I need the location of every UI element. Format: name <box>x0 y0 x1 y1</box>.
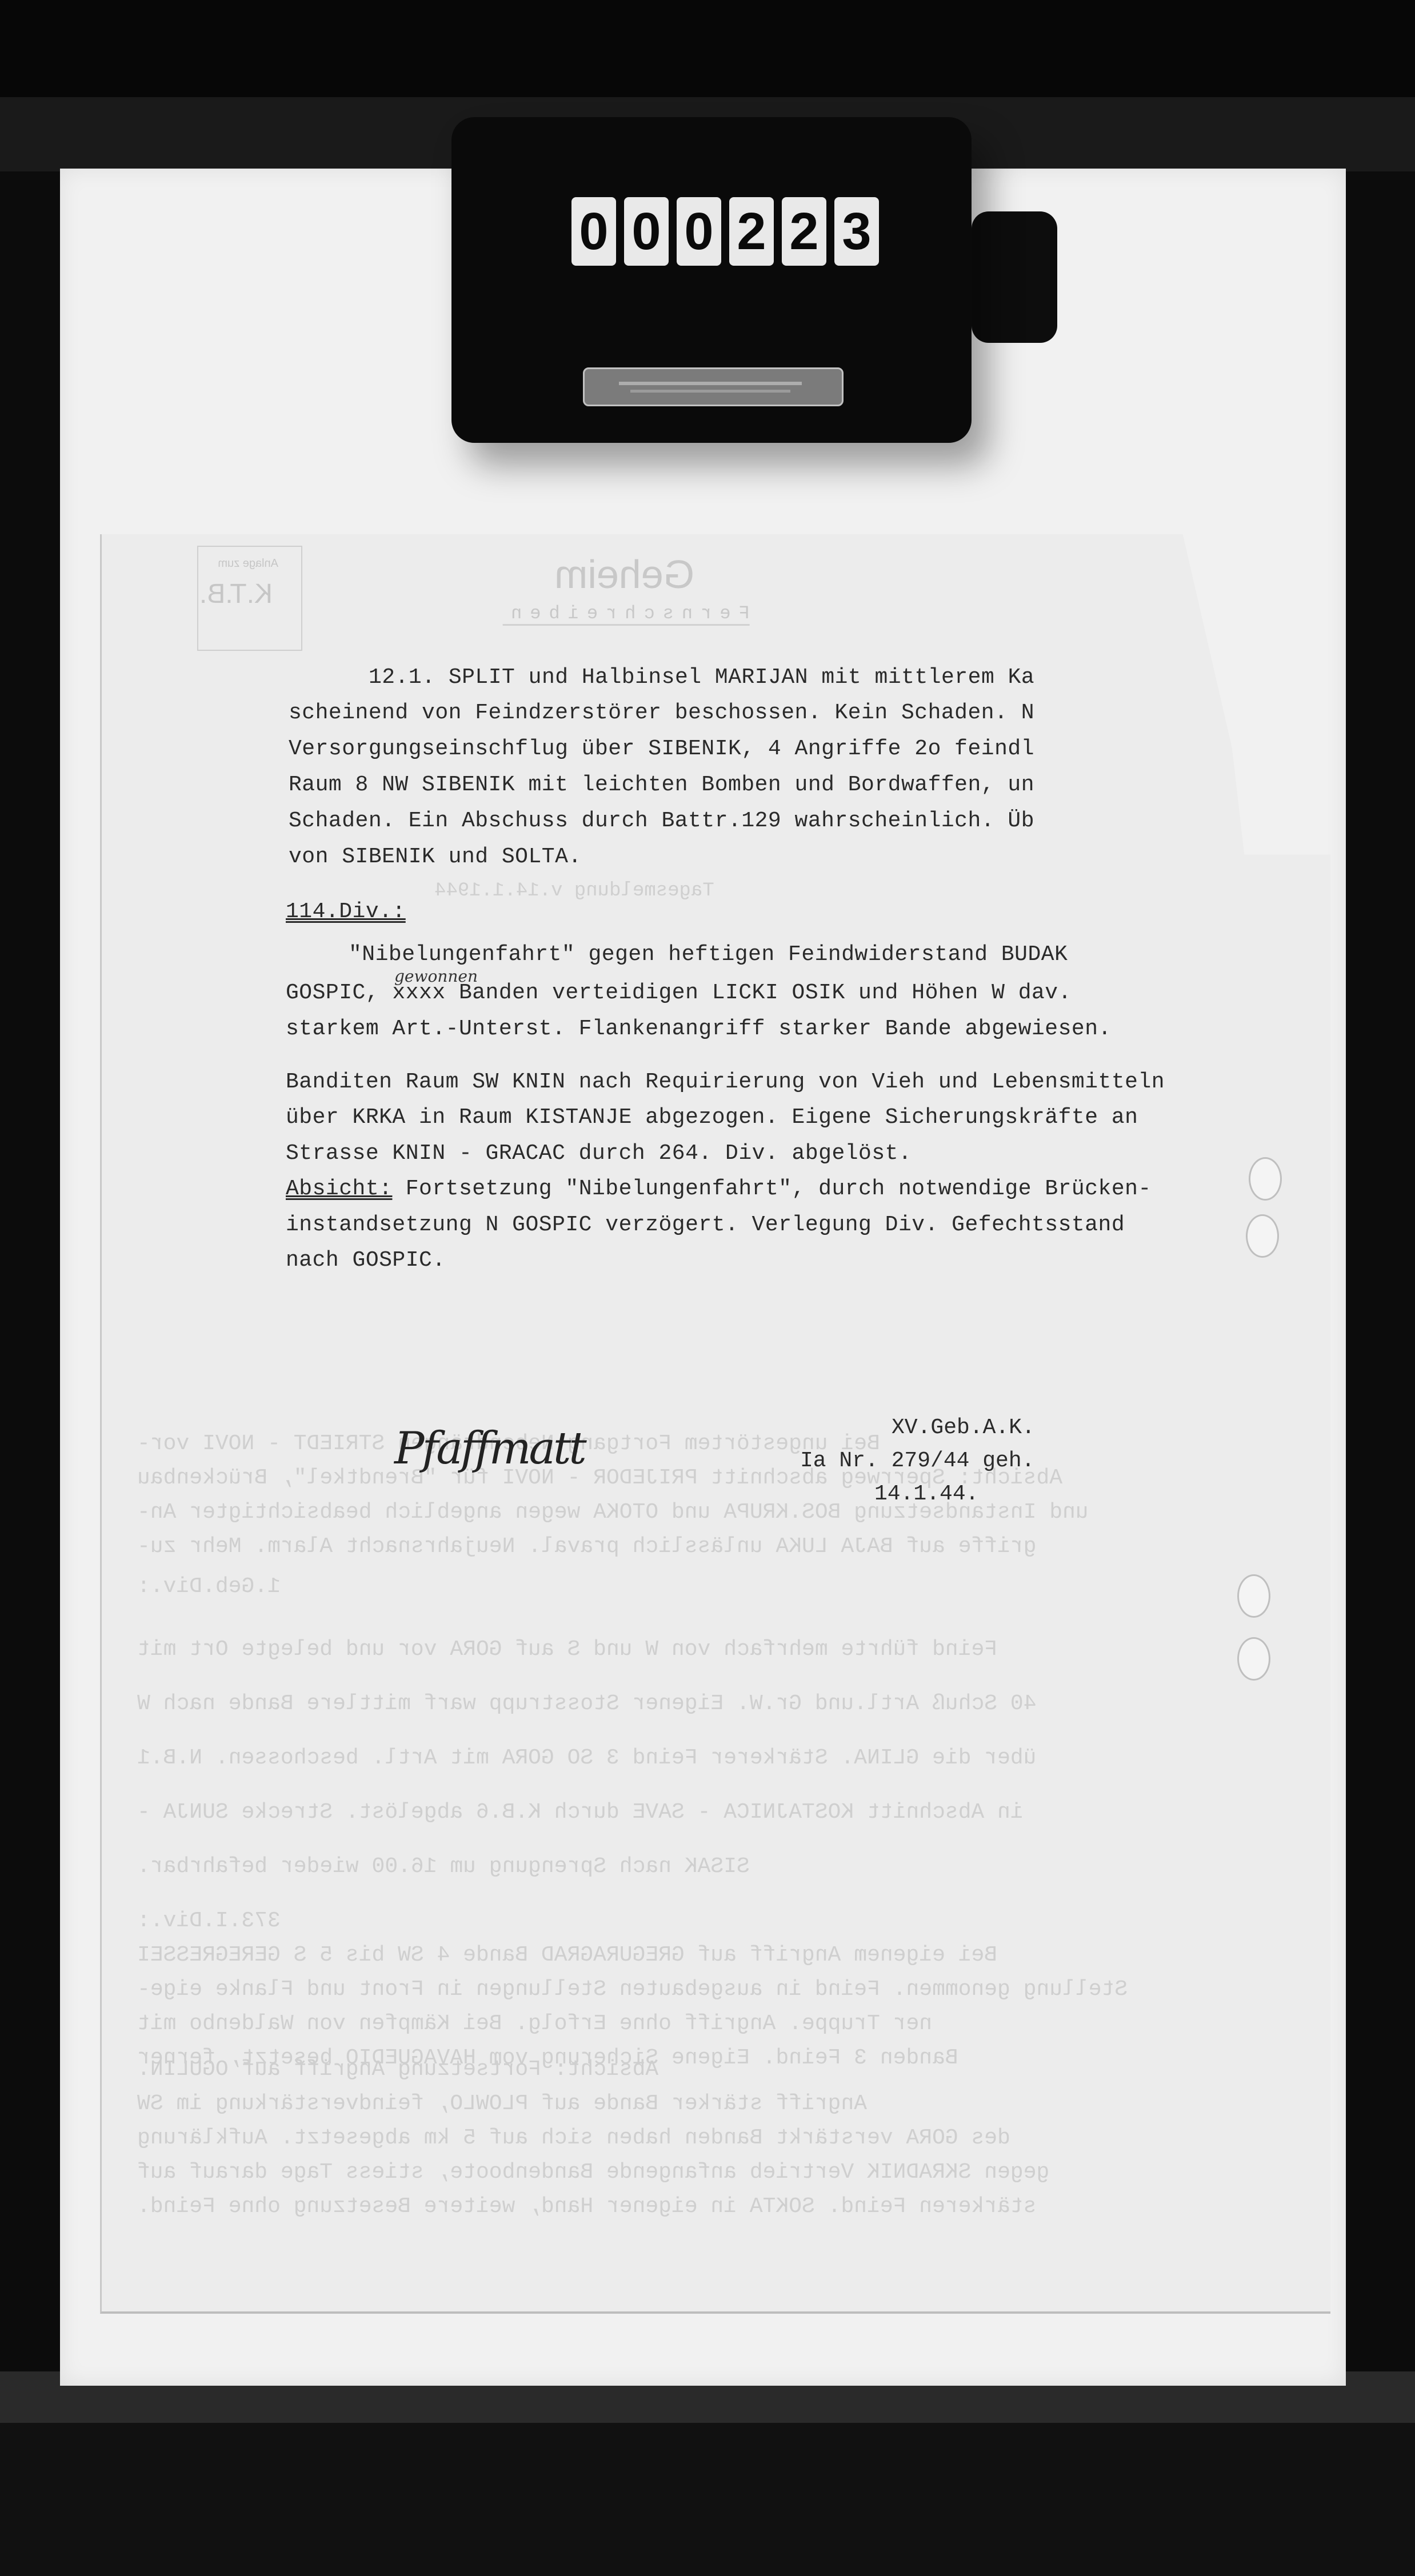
signature: Pfaffmatt <box>394 1423 585 1474</box>
geheim-bleedthrough: Geheim <box>554 551 694 597</box>
counter-digit: 0 <box>571 197 616 266</box>
report-line: 12.1. SPLIT und Halbinsel MARIJAN mit mi… <box>369 663 1034 693</box>
punch-hole <box>1237 1637 1270 1681</box>
report-line: Versorgungseinschflug über SIBENIK, 4 An… <box>289 734 1034 764</box>
stamp-line: Anlage zum <box>218 557 278 570</box>
bleedthrough-line: über die GLINA. Stärkerer Feind 3 SO GOR… <box>137 1746 1036 1770</box>
bleedthrough-line: in Abschnitt KOSTAJNICA - SAVE durch K.B… <box>137 1800 1024 1825</box>
bleedthrough-line: 40 Schuß Artl.und Gr.W. Eigener Stosstru… <box>137 1691 1036 1716</box>
sender-date: 14.1.44. <box>800 1478 1035 1511</box>
division-line: GOSPIC, xxxx Banden verteidigen LICKI OS… <box>286 978 1072 1008</box>
intent-label: Absicht: <box>286 1177 392 1201</box>
counter-digits: 0 0 0 2 2 3 <box>571 197 879 266</box>
intent-text: Fortsetzung "Nibelungenfahrt", durch not… <box>392 1177 1151 1201</box>
sender-unit: XV.Geb.A.K. <box>800 1411 1035 1445</box>
division-line: Banditen Raum SW KNIN nach Requirierung … <box>286 1067 1165 1097</box>
bleedthrough-line: des GORA verstärkt Banden haben sich auf… <box>137 2126 1010 2150</box>
counter-nameplate <box>583 367 844 406</box>
bleedthrough-line: SISAK nach Sprengung um 16.00 wieder bef… <box>137 1854 750 1879</box>
counter-digit: 0 <box>624 197 669 266</box>
intent-line: Absicht: Fortsetzung "Nibelungenfahrt", … <box>286 1174 1152 1204</box>
frame-counter: 0 0 0 2 2 3 <box>451 117 972 443</box>
report-line: Schaden. Ein Abschuss durch Battr.129 wa… <box>289 806 1034 836</box>
report-line: scheinend von Feindzerstörer beschossen.… <box>289 698 1034 728</box>
bleedthrough-line: Feind führte mehrfach von W und S auf GO… <box>137 1637 997 1662</box>
bleedthrough-line: 373.I.Div.: <box>137 1909 281 1933</box>
intent-line: nach GOSPIC. <box>286 1246 446 1275</box>
bleedthrough-line: stärkeren Feind. SOKTA in eigener Hand, … <box>137 2194 1036 2219</box>
bleedthrough-line: Stellung genommen. Feind in ausgebauten … <box>137 1977 1128 2002</box>
bleedthrough-line: ner Truppe. Angriff ohne Erfolg. Bei Käm… <box>137 2011 932 2036</box>
bleedthrough-line: gegen SKRADNIK Vertrieb anfangende Bande… <box>137 2160 1049 2185</box>
counter-digit: 2 <box>729 197 774 266</box>
punch-hole <box>1249 1157 1282 1201</box>
punch-hole <box>1237 1574 1270 1618</box>
sender-reference: Ia Nr. 279/44 geh. <box>800 1445 1035 1478</box>
film-border-bottom <box>0 2423 1415 2576</box>
stamp-line: K.T.B. <box>199 578 273 610</box>
division-line: über KRKA in Raum KISTANJE abgezogen. Ei… <box>286 1103 1138 1133</box>
intent-line: instandsetzung N GOSPIC verzögert. Verle… <box>286 1210 1125 1240</box>
counter-digit: 2 <box>782 197 826 266</box>
report-line: Raum 8 NW SIBENIK mit leichten Bomben un… <box>289 770 1034 800</box>
fernschreiben-bleedthrough: Fernschreiben <box>503 603 750 626</box>
division-line: "Nibelungenfahrt" gegen heftigen Feindwi… <box>349 940 1068 970</box>
bleedthrough-line: griffe auf BAJA LUKA unlässlich praval. … <box>137 1534 1036 1559</box>
bleedthrough-line: Angriff stärker Bande auf PLOWLO, feindv… <box>137 2091 867 2116</box>
counter-digit: 3 <box>834 197 879 266</box>
ktb-stamp-bleedthrough: Anlage zum K.T.B. <box>197 546 302 651</box>
counter-knob <box>972 211 1057 343</box>
punch-hole <box>1246 1214 1279 1258</box>
division-heading: 114.Div.: <box>286 897 406 927</box>
counter-digit: 0 <box>677 197 721 266</box>
division-line: Strasse KNIN - GRACAC durch 264. Div. ab… <box>286 1139 912 1169</box>
bleedthrough-line: Absicht: Fortsetzung Angriff auf OGULIN. <box>137 2057 658 2082</box>
division-line: starkem Art.-Unterst. Flankenangriff sta… <box>286 1014 1112 1044</box>
report-line: von SIBENIK und SOLTA. <box>289 842 582 872</box>
bleedthrough-line: Bei eigenem Angriff auf GREGURAGRAD Band… <box>137 1943 997 1967</box>
film-border-top <box>0 0 1415 97</box>
bleedthrough-header-line: Tagesmeldung v.14.1.1944 <box>434 880 714 902</box>
bleedthrough-line: 1.Geb.Div.: <box>137 1574 281 1599</box>
sender-block: XV.Geb.A.K. Ia Nr. 279/44 geh. 14.1.44. <box>800 1411 1035 1511</box>
